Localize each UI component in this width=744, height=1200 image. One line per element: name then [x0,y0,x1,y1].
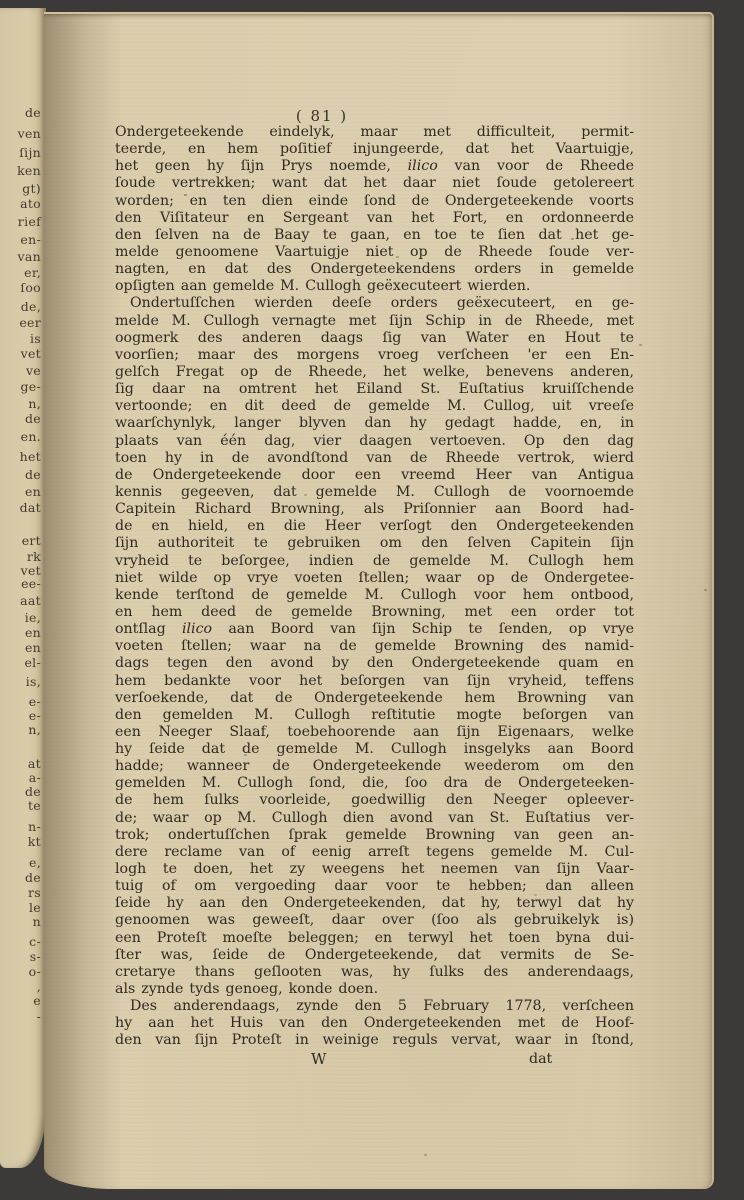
spine-text-fragment: van [18,249,41,264]
text-line: Des anderendaags, zynde den 5 February 1… [115,998,634,1015]
text-line: kennis gegeeven, dat gemelde M. Cullogh … [115,484,634,501]
spine-text-fragment: vet [21,346,41,361]
text-line: hem bedankte voor het beſorgen van ſijn … [115,673,634,690]
spine-text-fragment: ſoo [20,280,41,295]
text-line: logh te doen, het zy weegens het neemen … [115,861,634,878]
text-line: en hem deed de gemelde Browning, met een… [115,604,634,621]
text-line: dags tegen den avond by den Ondergeteeke… [115,655,634,672]
text-line: opſigten aan gemelde M. Cullogh geëxecut… [115,278,634,295]
spine-text-fragment: e- [29,694,41,709]
text-line: voorſien; maar des morgens vroeg verſche… [115,347,634,364]
text-line: een Proteſt moeſte beleggen; en terwyl h… [115,930,634,947]
text-line: plaats van één dag, vier daagen vertoeve… [115,433,634,450]
text-line: het geen hy ſijn Prys noemde, ilico van … [115,158,634,175]
spine-text-fragment: a- [29,770,41,785]
text-line: niet wilde op vrye voeten ſtellen; waar … [115,570,634,587]
spine-text-fragment: n- [28,819,41,834]
spine-text-fragment: e [33,993,41,1008]
text-line: verſoekende, dat de Ondergeteekende hem … [115,690,634,707]
spine-text-fragment: e- [29,708,41,723]
spine-text-fragment: ken [17,163,41,178]
spine-text-fragment: de, [21,299,41,314]
text-line: ſter was, ſeide de Ondergeteekende, dat … [115,947,634,964]
spine-text-fragment: ve [26,363,41,378]
text-line: trok; ondertuſſchen ſprak gemelde Browni… [115,827,634,844]
page-number: ( 81 ) [115,107,529,125]
spine-text-fragment: aat [20,593,41,608]
spine-text-fragment: le [29,900,41,915]
text-line: de hem ſulks voorleide, goedwillig den N… [115,792,634,809]
spine-text-fragment: gt) [22,181,41,196]
previous-page-edge: devenſijnkengt)atoriefen-vaner,ſoode,eer… [0,8,46,1168]
spine-text-fragment: n, [28,722,41,737]
spine-text-fragment: at [28,756,41,771]
spine-text-fragment: c- [29,934,41,949]
text-line: waarſchynlyk, langer blyven dan hy gedag… [115,415,634,432]
text-line: Capitein Richard Browning, als Priſonnie… [115,501,634,518]
spine-text-fragment: de [25,784,41,799]
text-line: melde M. Cullogh vernagte met ſijn Schip… [115,313,634,330]
spine-text-fragment: rs [28,885,41,900]
spine-text-fragment: en [25,640,41,655]
text-line: toen hy in de avondſtond van de Rheede v… [115,450,634,467]
spine-text-fragment: dat [20,500,41,515]
spine-text-fragment: is [30,331,41,346]
text-line: Ondergeteekende eindelyk, maar met diffi… [115,124,634,141]
spine-text-fragment: ee- [21,576,41,591]
text-line: ſoude vertrekken; want dat het daar niet… [115,175,634,192]
text-line: den gemelden M. Cullogh reſtitutie mogte… [115,707,634,724]
text-block: ( 81 ) Ondergeteekende eindelyk, maar me… [115,124,634,1068]
text-line: den ſelven na de Baay te gaan, en toe te… [115,227,634,244]
text-line: worden; en ten dien einde ſond de Onderg… [115,193,634,210]
body-lines: Ondergeteekende eindelyk, maar met diffi… [115,124,634,1050]
spine-text-fragment: er, [24,265,41,280]
spine-text-fragment: n [33,914,41,929]
spine-text-fragment: rief [18,214,41,229]
spine-text-fragment: en. [21,429,41,444]
text-line: genoomen was geweeſt, daar over (ſoo als… [115,912,634,929]
text-line: tuig of om vergoeding daar voor te hebbe… [115,878,634,895]
text-line: hy ſeide dat de gemelde M. Cullogh insge… [115,741,634,758]
spine-text-fragment: ge- [20,379,41,394]
text-line: nagten, en dat des Ondergeteekendens ord… [115,261,634,278]
text-line: de; waar op M. Cullogh dien avond van St… [115,810,634,827]
text-line: oogmerk des anderen daags ſig van Water … [115,330,634,347]
spine-text-fragment: is, [26,674,41,689]
spine-text-fragment: en- [20,232,41,247]
spine-text-fragment: te [28,798,41,813]
spine-text-fragment: s- [30,949,41,964]
spine-text-fragment: , [37,979,41,994]
spine-text-fragment: de [25,467,41,482]
text-line: Ondertuſſchen wierden deeſe orders geëxe… [115,295,634,312]
spine-text-fragment: el- [24,655,41,670]
text-line: hadde; wanneer de Ondergeteekende weeder… [115,758,634,775]
spine-text-fragment: het [20,449,41,464]
text-line: vertoonde; en dit deed de gemelde M. Cul… [115,398,634,415]
signature-mark: W [311,1050,326,1068]
text-line: hy aan het Huis van den Ondergeteekenden… [115,1015,634,1032]
text-line: de en hield, en die Heer verſogt den Ond… [115,518,634,535]
text-line: dere reclame van of eenig arreſt tegens … [115,844,634,861]
text-line: den van ſijn Proteſt in weinige reguls v… [115,1032,634,1049]
spine-text-fragment: - [36,1009,41,1024]
text-line: een Neeger Slaaf, toebehoorende aan ſijn… [115,724,634,741]
text-line: kende terſtond de gemelde M. Cullogh voo… [115,587,634,604]
spine-text-fragment: ie, [25,610,41,625]
gutter-shadow [44,14,122,1189]
spine-text-fragment: de [25,870,41,885]
text-line: ſig daar na omtrent het Eiland St. Euſta… [115,381,634,398]
spine-text-fragment: ert [22,533,41,548]
spine-text-fragment: en [25,625,41,640]
spine-text-fragment: ato [20,196,41,211]
spine-text-fragment: n, [28,396,41,411]
spine-text-fragment: kt [28,834,41,849]
spine-text-fragment: o- [29,964,41,979]
spine-text-fragment: rk [27,549,41,564]
text-line: ontſlag ilico aan Boord van ſijn Schip t… [115,621,634,638]
text-line: ſeide hy aan den Ondergeteekenden, dat h… [115,895,634,912]
text-line: gelſch Fregat op de Rheede, het welke, b… [115,364,634,381]
spine-text-fragment: ſijn [19,145,41,160]
signature-row: W dat [115,1050,634,1068]
text-line: vryheid te beſorgee, indien de gemelde M… [115,553,634,570]
text-line: teerde, en hem poſitief injungeerde, dat… [115,141,634,158]
text-line: gemelden M. Cullogh ſond, die, ſoo dra d… [115,775,634,792]
text-line: ſijn authoriteit te gebruiken om den ſel… [115,535,634,552]
text-line: voeten ſtellen; waar na de gemelde Brown… [115,638,634,655]
spine-text-fragment: de [25,105,41,120]
spine-text-fragment: ven [18,126,41,141]
text-line: den Viſitateur en Sergeant van het Fort,… [115,210,634,227]
text-line: cretarye thans geſlooten was, hy ſulks d… [115,964,634,981]
spine-text-fragment: e, [29,855,41,870]
text-line: melde genoomene Vaartuigje niet op de Rh… [115,244,634,261]
spine-text-fragment: en [25,484,41,499]
book-page: ( 81 ) Ondergeteekende eindelyk, maar me… [44,12,714,1189]
spine-text-fragment: eer [19,315,41,330]
text-line: als zynde tyds genoeg, konde doen. [115,981,634,998]
text-line: de Ondergeteekende door een vreemd Heer … [115,467,634,484]
spine-text-fragment: de [25,411,41,426]
catchword: dat [529,1050,552,1068]
